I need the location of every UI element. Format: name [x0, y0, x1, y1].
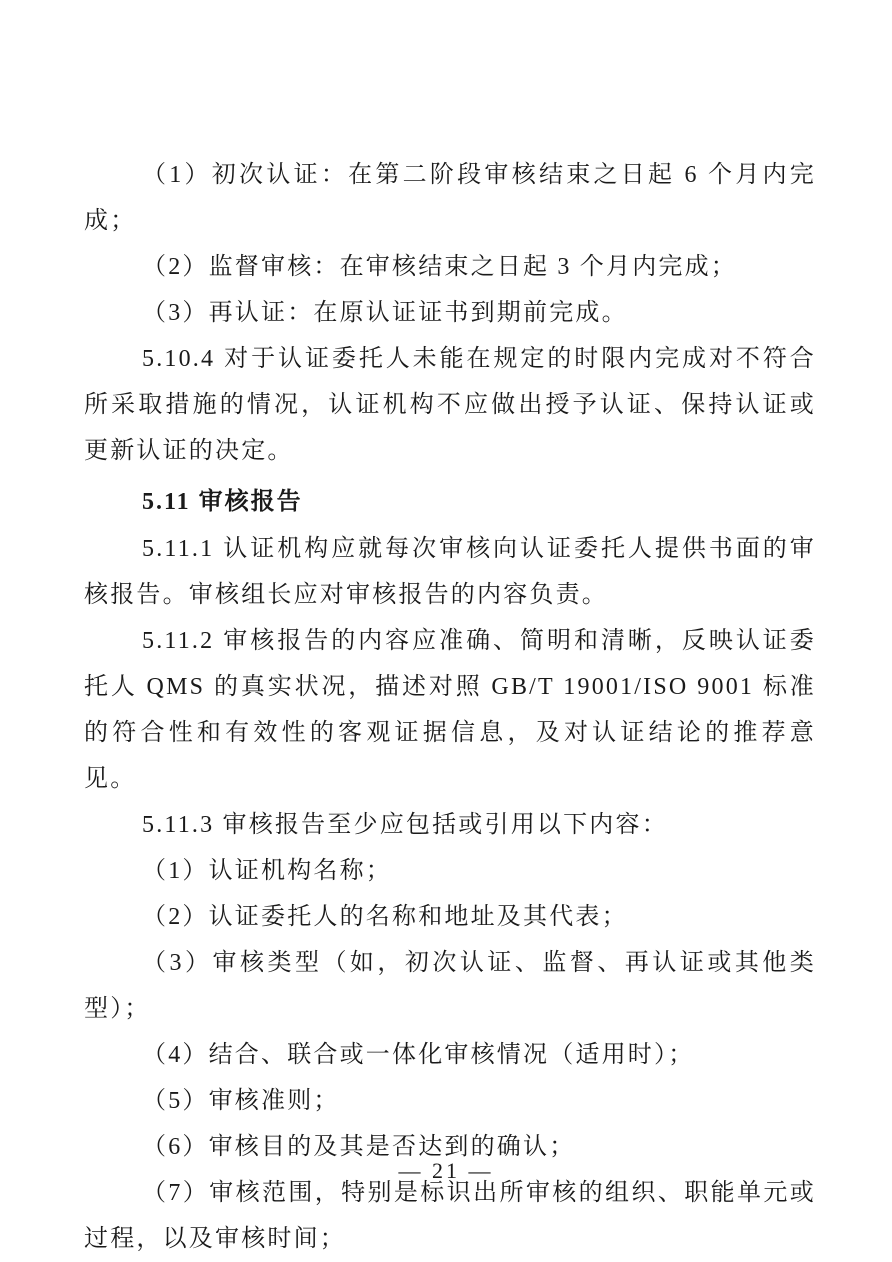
- clause-5-11-2: 5.11.2 审核报告的内容应准确、简明和清晰，反映认证委托人 QMS 的真实状…: [84, 618, 816, 802]
- timing-list-item-2: （2）监督审核：在审核结束之日起 3 个月内完成；: [84, 244, 816, 290]
- page-footer: — 21 —: [0, 1158, 892, 1184]
- clause-5-11-3: 5.11.3 审核报告至少应包括或引用以下内容：: [84, 802, 816, 848]
- report-list-item-5: （5）审核准则；: [84, 1078, 816, 1124]
- timing-list-item-3: （3）再认证：在原认证证书到期前完成。: [84, 290, 816, 336]
- report-list-item-3: （3）审核类型（如，初次认证、监督、再认证或其他类型）；: [84, 940, 816, 1032]
- report-list-item-2: （2）认证委托人的名称和地址及其代表；: [84, 894, 816, 940]
- clause-5-11-1: 5.11.1 认证机构应就每次审核向认证委托人提供书面的审核报告。审核组长应对审…: [84, 526, 816, 618]
- section-heading-5-11: 5.11 审核报告: [84, 479, 816, 525]
- document-body: （1）初次认证：在第二阶段审核结束之日起 6 个月内完成； （2）监督审核：在审…: [84, 152, 816, 1262]
- document-page: （1）初次认证：在第二阶段审核结束之日起 6 个月内完成； （2）监督审核：在审…: [0, 0, 892, 1262]
- page-number: — 21 —: [399, 1158, 494, 1183]
- report-list-item-4: （4）结合、联合或一体化审核情况（适用时）；: [84, 1032, 816, 1078]
- report-list-item-1: （1）认证机构名称；: [84, 848, 816, 894]
- timing-list-item-1: （1）初次认证：在第二阶段审核结束之日起 6 个月内完成；: [84, 152, 816, 244]
- clause-5-10-4: 5.10.4 对于认证委托人未能在规定的时限内完成对不符合所采取措施的情况，认证…: [84, 336, 816, 474]
